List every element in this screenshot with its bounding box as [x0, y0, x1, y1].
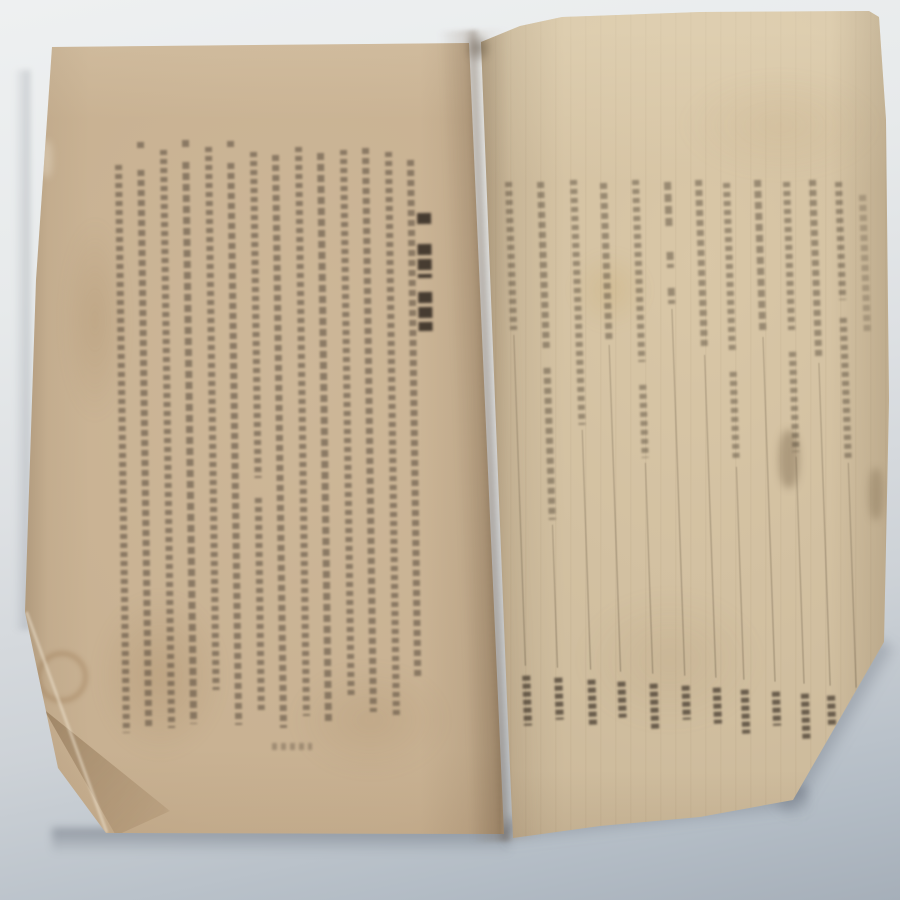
toc-page-number: [771, 692, 780, 726]
toc-leader-line: [847, 463, 856, 688]
toc-page-number: [649, 684, 659, 730]
text-run: [664, 182, 673, 230]
text-run: [754, 180, 766, 332]
text-run: [839, 318, 851, 458]
text-run: [250, 152, 262, 478]
text-run: [295, 147, 310, 716]
text-run: [835, 182, 846, 300]
toc-leader-line: [818, 363, 831, 686]
text-run: [385, 152, 400, 718]
text-run: [639, 385, 649, 458]
chapter-title-block: [417, 213, 433, 331]
text-run: [362, 148, 377, 712]
toc-page-number: [586, 680, 596, 726]
text-column: [250, 152, 265, 710]
age-stain: [50, 180, 140, 460]
page-footer-mark: [272, 743, 312, 750]
age-stain: [540, 560, 800, 760]
text-run: [137, 142, 144, 152]
photo-open-book: [0, 0, 900, 900]
text-run: [667, 288, 675, 304]
toc-page-number: [681, 686, 690, 720]
text-column: [295, 147, 310, 716]
toc-page-number: [800, 694, 810, 740]
text-run: [317, 153, 332, 721]
text-column: [362, 148, 377, 712]
text-run: [729, 372, 739, 462]
toc-page-number: [616, 682, 625, 718]
toc-page-number: [852, 698, 861, 736]
text-column: [317, 153, 332, 721]
text-run: [272, 155, 287, 728]
text-column: [272, 155, 287, 728]
text-run: [695, 180, 708, 350]
spine-top-shadow: [464, 32, 492, 64]
age-stain: [640, 50, 900, 200]
text-run: [182, 140, 189, 150]
text-run: [859, 195, 871, 335]
toc-entry: [809, 180, 835, 726]
text-column: [385, 152, 400, 718]
text-run: [417, 244, 431, 278]
smudge-mark: [40, 140, 52, 178]
text-run: [666, 252, 674, 268]
text-run: [783, 182, 795, 330]
text-run: [723, 183, 736, 352]
text-run: [537, 182, 550, 348]
toc-page-number: [740, 690, 750, 734]
smudge-mark: [869, 468, 883, 520]
toc-entry: [859, 195, 871, 335]
text-run: [809, 180, 822, 358]
toc-page-number: [712, 688, 721, 724]
text-run: [254, 498, 264, 710]
toc-page-number: [553, 678, 562, 720]
text-run: [417, 213, 431, 228]
text-run: [418, 292, 433, 331]
text-run: [340, 150, 355, 695]
text-column: [340, 150, 355, 695]
toc-entry: [835, 182, 861, 736]
text-run: [227, 141, 234, 151]
text-run: [543, 368, 555, 520]
toc-leader-line: [551, 525, 557, 668]
toc-page-number: [826, 696, 835, 726]
